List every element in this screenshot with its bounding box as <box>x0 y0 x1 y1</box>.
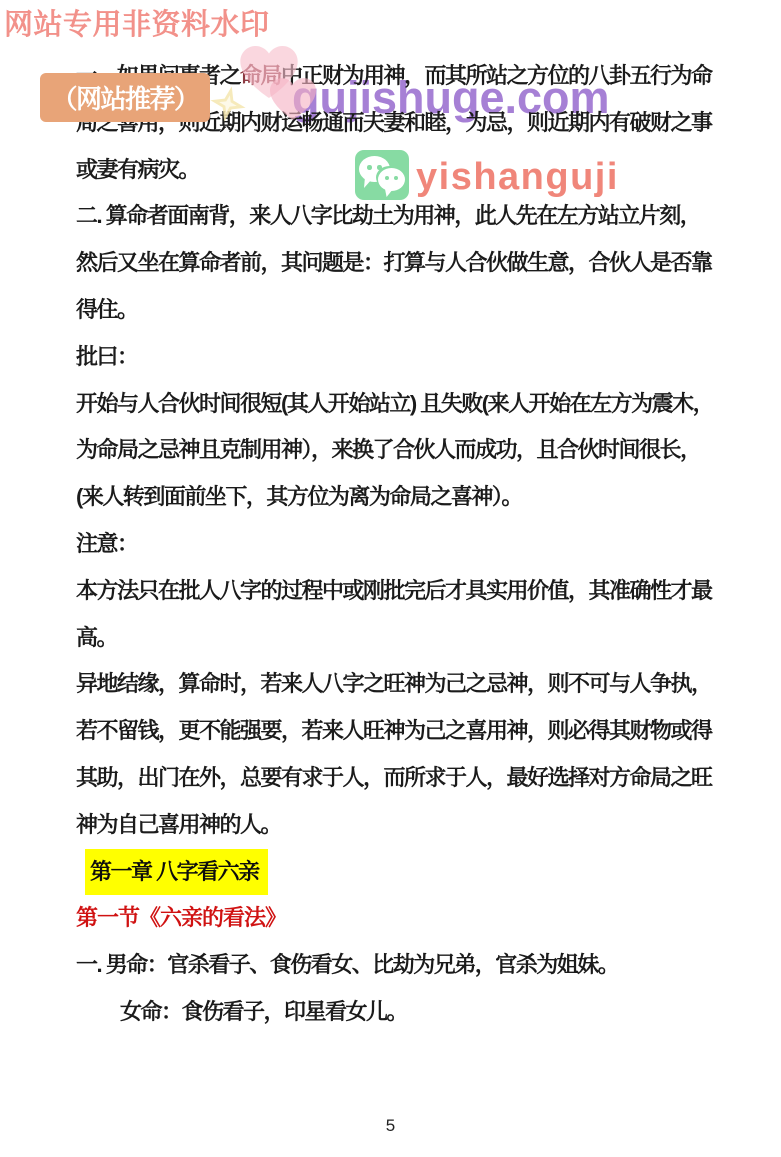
document-body: 一．如果问事者之命局中正财为用神，而其所站之方位的八卦五行为命 局之喜用，则近期… <box>76 53 746 1036</box>
body-line: 异地结缘，算命时，若来人八字之旺神为己之忌神，则不可与人争执， <box>76 661 746 708</box>
chapter-heading: 第一章 八字看六亲 <box>76 849 746 896</box>
body-line: 注意： <box>76 521 746 568</box>
body-line: 或妻有病灾。 <box>76 147 746 194</box>
wechat-icon <box>355 150 409 200</box>
wechat-small-bubble <box>378 168 405 191</box>
body-line: 批曰： <box>76 334 746 381</box>
body-line: 本方法只在批人八字的过程中或刚批完后才具实用价值，其准确性才最 <box>76 568 746 615</box>
page-number: 5 <box>0 1116 781 1136</box>
body-line: 然后又坐在算命者前，其问题是：打算与人合伙做生意，合伙人是否靠 <box>76 240 746 287</box>
sparkle-icon <box>207 83 250 126</box>
site-watermark-text: 网站专用非资料水印 <box>4 2 270 43</box>
body-line: 神为自己喜用神的人。 <box>76 802 746 849</box>
site-recommend-label: （网站推荐） <box>51 79 198 116</box>
chapter-heading-highlight: 第一章 八字看六亲 <box>85 849 268 895</box>
body-line: 若不留钱，更不能强要，若来人旺神为己之喜用神，则必得其财物或得 <box>76 708 746 755</box>
site-recommend-badge: （网站推荐） <box>40 73 210 122</box>
body-line: 为命局之忌神且克制用神），来换了合伙人而成功，且合伙时间很长， <box>76 427 746 474</box>
document-page: gujishuge.com 一．如果问事者之命局中正财为用神，而其所站之方位的八… <box>0 0 781 1157</box>
body-line: (来人转到面前坐下，其方位为离为命局之喜神）。 <box>76 474 746 521</box>
body-line: 女命：食伤看子，印星看女儿。 <box>76 989 746 1036</box>
wechat-id-watermark: yishanguji <box>416 156 619 199</box>
section-heading: 第一节《六亲的看法》 <box>76 895 746 942</box>
body-line: 开始与人合伙时间很短(其人开始站立) 且失败(来人开始在左方为震木， <box>76 381 746 428</box>
body-line: 一. 男命：官杀看子、食伤看女、比劫为兄弟，官杀为姐妹。 <box>76 942 746 989</box>
heart-icon <box>270 78 316 120</box>
body-line: 其助，出门在外，总要有求于人，而所求于人，最好选择对方命局之旺 <box>76 755 746 802</box>
body-line: 高。 <box>76 615 746 662</box>
body-line: 二. 算命者面南背，来人八字比劫土为用神，此人先在左方站立片刻， <box>76 193 746 240</box>
body-line: 得住。 <box>76 287 746 334</box>
body-line-text: 中正财为用神，而其所站之方位的八卦五行为命 <box>281 63 712 88</box>
